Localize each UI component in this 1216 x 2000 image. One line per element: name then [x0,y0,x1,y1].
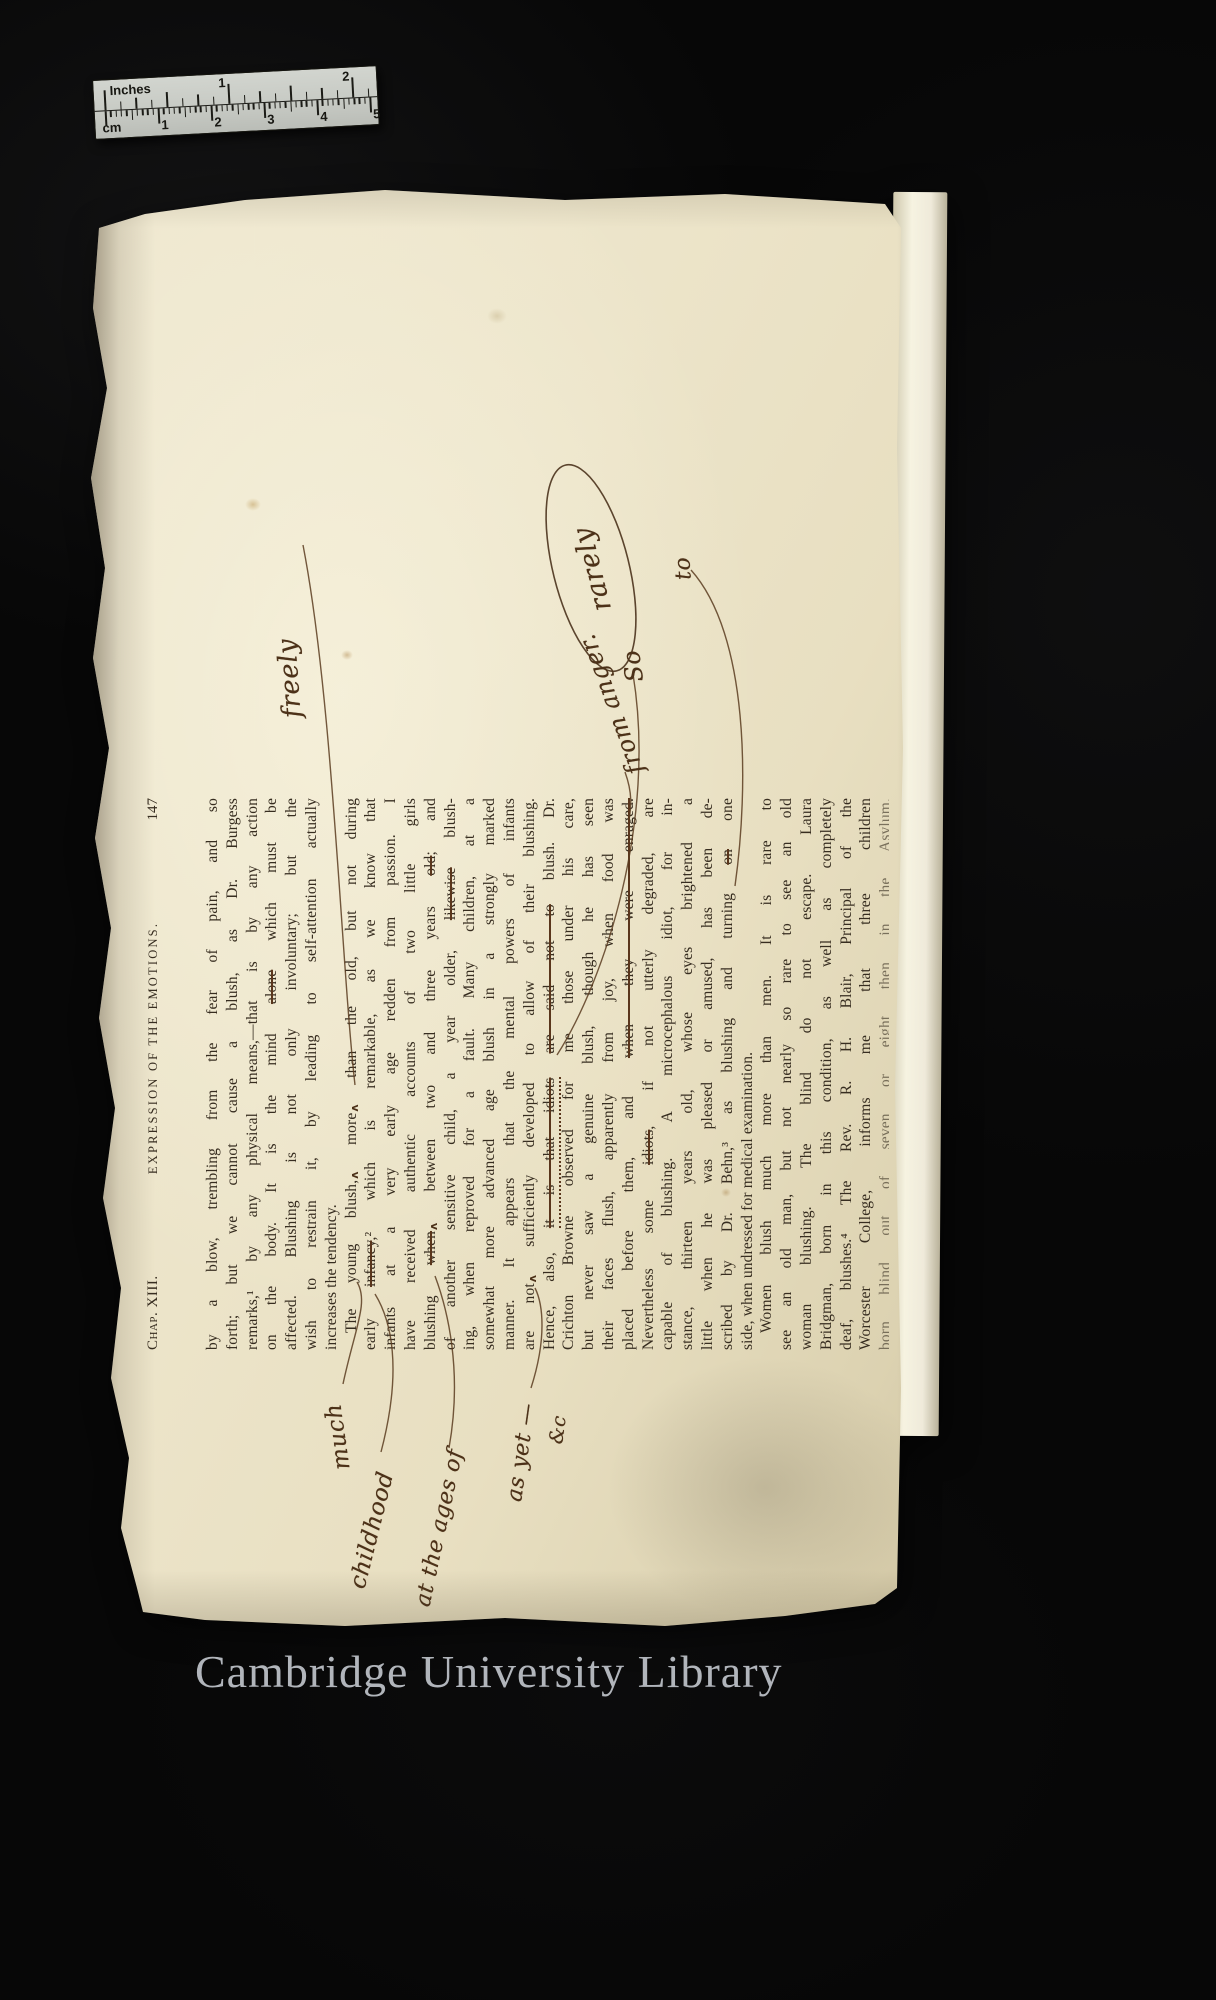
print-text: increases the tendency. [323,1204,340,1350]
print-text: have received authentic accounts of two … [402,798,419,1350]
proof-sheet: Chap. XIII. EXPRESSION OF THE EMOTIONS. … [85,188,943,1630]
cm-tick [332,99,334,105]
print-text [541,1054,558,1078]
cm-number: 2 [214,114,222,129]
print-text: little when he was pleased or amused, ha… [699,798,716,1350]
struck-text: when [422,1231,439,1265]
text-line: wish to restrain it, by leading to self-… [302,798,322,1350]
cm-tick [263,103,265,118]
cm-tick [189,107,191,113]
cm-tick [364,98,366,104]
print-text: Bridgman, born in this condition, as wel… [818,798,835,1350]
cm-tick [226,105,228,111]
cm-tick [168,108,170,114]
cm-tick [353,98,355,104]
text-line: of another sensitive child, a year older… [441,798,461,1350]
print-text: Hence, also, [541,1228,558,1350]
print-text: forth; but we cannot cause a blush, as D… [224,798,241,1350]
inch-tick [227,84,230,104]
note-freely: freely [272,638,307,719]
text-line: increases the tendency. [322,798,342,1350]
page-content-rotated: Chap. XIII. EXPRESSION OF THE EMOTIONS. … [85,188,933,1620]
print-text: Worcester College, informs me that three… [857,798,874,1350]
photo-stage: Inches 12 cm 12345 Chap. XIII. EXPRESSIO… [0,0,1216,2000]
cm-tick [348,99,350,105]
text-line: capable of blushing. A microcephalous id… [658,798,678,1350]
print-text: early [362,1287,379,1350]
cm-tick [126,110,128,116]
print-text: sufficiently developed to allow of their… [521,798,538,1274]
cm-tick [216,105,218,111]
cm-tick [338,99,340,105]
print-text: Crichton Browne observed for me those un… [560,798,577,1350]
struck-text: are said not to [541,904,558,1053]
cm-tick [316,100,318,115]
running-header: Chap. XIII. EXPRESSION OF THE EMOTIONS. … [145,798,162,1350]
text-line: affected. Blushing is not only involunta… [282,798,302,1350]
print-text: more [343,1113,360,1171]
inch-tick [166,92,168,107]
text-line: on the body. It is the mind alone which … [262,798,282,1350]
text-line: have received authentic accounts of two … [401,798,421,1350]
inch-number: 2 [342,69,350,84]
cm-tick [274,102,276,108]
print-text: scribed by Dr. Behn,³ as blushing and tu… [719,865,736,1350]
cm-tick [369,97,371,112]
text-line: infants at a very early age redden from … [381,798,401,1350]
inch-tick [182,98,184,106]
print-text: their faces flush, apparently from joy, … [600,798,617,1350]
print-text: deaf, blushes.⁴ The Rev. R. H. Blair, Pr… [838,798,855,1350]
print-text: remarks,¹ by any physical means,—that is… [244,798,261,1350]
struck-text: likewise [442,867,459,920]
note-etc: &c [545,1414,571,1446]
cm-tick [343,99,345,109]
page-number: 147 [145,798,162,821]
text-line: but never saw a genuine blush, though he… [579,798,599,1350]
text-line: The young blush,ʌ moreʌ than the old, bu… [342,798,362,1350]
struck-text: on [719,849,736,865]
struck-stet-text: it is that idiots [541,1078,561,1229]
print-text: which must be [263,798,280,970]
inch-tick [104,90,107,110]
print-text: on the body. It is the mind [263,1004,280,1350]
chapter-label: Chap. XIII. [145,1275,162,1350]
running-title: EXPRESSION OF THE EMOTIONS. [146,922,161,1174]
cm-tick [269,103,271,109]
cm-tick [179,107,181,113]
print-text: between two and three years [422,876,439,1222]
note-so: So [617,648,649,684]
text-line: deaf, blushes.⁴ The Rev. R. H. Blair, Pr… [837,798,857,1350]
print-text: side, when undressed for medical examina… [739,1052,756,1350]
printed-text-block: by a blow, trembling from the fear of pa… [203,798,889,1350]
cm-tick [322,100,324,106]
inch-tick [305,92,307,100]
text-line: remarks,¹ by any physical means,—that is… [243,798,263,1350]
text-line: Women blush much more than men. It is ra… [757,798,777,1350]
cm-tick [327,100,329,106]
print-text: ing, when reproved for a fault. Many chi… [461,798,478,1350]
cm-tick [142,109,144,115]
cm-tick [221,105,223,111]
cm-number: 4 [320,109,328,124]
print-text: ; and [422,798,439,856]
text-line: Crichton Browne observed for me those un… [559,798,579,1350]
text-line: Worcester College, informs me that three… [856,798,876,1350]
text-line: somewhat more advanced age blush in a st… [480,798,500,1350]
cm-tick [184,107,186,117]
inch-tick [274,93,276,101]
cm-tick [163,108,165,114]
cm-tick [290,102,292,112]
insertion-caret: ʌ [348,1171,361,1178]
inch-tick [259,91,261,102]
cm-tick [105,111,107,126]
cm-tick [253,104,255,110]
cm-tick [136,110,138,116]
note-rarely: rarely [567,524,618,614]
cm-tick [205,106,207,112]
print-text: than the old, but not during [343,798,360,1103]
text-line: ing, when reproved for a fault. Many chi… [460,798,480,1350]
print-text: ,² which is remarkable, as we know that [362,798,379,1240]
cm-tick [237,104,239,114]
text-line: Hence, also, it is that idiots are said … [540,798,560,1350]
print-text: but never saw a genuine blush, though he… [580,798,597,1350]
insertion-caret: ʌ [427,1223,440,1230]
struck-text: infancy [362,1240,379,1287]
cm-tick [279,102,281,108]
print-text: infants at a very early age redden from … [382,798,399,1350]
print-text: The young blush, [343,1180,360,1333]
note-as-yet: as yet — [502,1401,541,1503]
inch-tick [367,89,369,97]
inch-tick [351,77,354,97]
print-text: somewhat more advanced age blush in a st… [481,798,498,1350]
text-line: blushing whenʌ between two and three yea… [421,798,441,1350]
library-watermark: Cambridge University Library [195,1645,783,1698]
cm-number: 3 [267,112,275,127]
cm-tick [306,101,308,107]
insertion-caret: ʌ [348,1104,361,1111]
inch-tick [135,98,137,109]
ruler-inches-label: Inches [109,81,151,98]
cm-tick [158,109,160,124]
text-line: placed before them, and when they were e… [619,798,639,1350]
print-text: blush- [442,798,459,867]
text-line: Bridgman, born in this condition, as wel… [817,798,837,1350]
cm-tick [110,111,112,117]
text-line: Nevertheless some idiots, if not utterly… [639,798,659,1350]
note-childhood: childhood [345,1469,399,1591]
insertion-caret: ʌ [526,1275,539,1282]
text-line: their faces flush, apparently from joy, … [599,798,619,1350]
print-text: placed before them, and [620,1058,637,1350]
cm-number: 1 [161,117,169,132]
cm-tick [131,110,133,120]
cm-tick [121,110,123,116]
print-text: affected. Blushing is not only involunta… [283,798,300,1350]
print-text: one [719,798,736,849]
cm-tick [232,105,234,111]
text-line: manner. It appears that the mental power… [500,798,520,1350]
text-line: forth; but we cannot cause a blush, as D… [223,798,243,1350]
print-text: capable of blushing. A microcephalous id… [659,798,676,1350]
inch-tick [336,90,338,98]
text-line: born blind out of seven or eight then in… [876,798,889,1350]
note-at-the-ages-of: at the ages of [411,1447,469,1609]
print-text: blushing [422,1265,439,1350]
cm-tick [248,104,250,110]
text-line: woman blushing. The blind do not escape.… [797,798,817,1350]
scale-ruler: Inches 12 cm 12345 [92,65,380,140]
print-text: wish to restrain it, by leading to self-… [303,798,320,1350]
note-much: much [320,1402,355,1472]
inch-tick [243,95,245,103]
print-text: by a blow, trembling from the fear of pa… [204,798,221,1350]
text-line: are notʌ sufficiently developed to allow… [520,798,540,1350]
print-text: woman blushing. The blind do not escape.… [798,798,815,1350]
cm-tick [258,103,260,109]
cm-tick [285,102,287,108]
proof-sheet-wrap: Chap. XIII. EXPRESSION OF THE EMOTIONS. … [85,188,943,1630]
cm-tick [359,98,361,104]
text-line: by a blow, trembling from the fear of pa… [203,798,223,1350]
print-text: see an old man, but not nearly so rare t… [778,798,795,1350]
struck-text: alone [263,970,280,1004]
text-line: stance, thirteen years old, whose eyes b… [678,798,698,1350]
inch-tick [290,86,292,101]
print-text: are not [521,1283,538,1350]
print-text: Women blush much more than men. It is ra… [758,798,775,1333]
print-text: manner. It appears that the mental power… [501,798,518,1350]
cm-tick [173,108,175,114]
inch-tick [151,100,153,108]
struck-text: when they were enraged. [620,798,637,1058]
print-text: Nevertheless some [640,1165,657,1350]
cm-tick [300,101,302,107]
inch-number: 1 [218,75,226,90]
print-text: , if not utterly degraded, are [640,798,657,1130]
text-line: early infancy,² which is remarkable, as … [361,798,381,1350]
cm-tick [311,100,313,106]
cm-tick [195,107,197,113]
inch-tick [321,88,323,99]
inch-tick [120,102,122,110]
struck-text: old [422,856,439,876]
print-text: born blind out of seven or eight then in… [877,798,889,1350]
inch-tick [197,94,199,105]
text-line: side, when undressed for medical examina… [738,798,758,1350]
struck-text: idiots [640,1130,657,1165]
cm-tick [147,109,149,115]
cm-tick [115,111,117,117]
print-text: blush. Dr. [541,798,558,904]
note-to: to [670,556,697,581]
print-text: of another sensitive child, a year older… [442,920,459,1350]
text-line: see an old man, but not nearly so rare t… [777,798,797,1350]
cm-tick [211,106,213,121]
text-line: scribed by Dr. Behn,³ as blushing and tu… [718,798,738,1350]
text-line: little when he was pleased or amused, ha… [698,798,718,1350]
cm-tick [295,101,297,107]
print-text: stance, thirteen years old, whose eyes b… [679,798,696,1350]
cm-tick [242,104,244,110]
cm-tick [152,109,154,115]
cm-number: 5 [373,106,381,121]
cm-tick [200,106,202,112]
inch-tick [213,97,215,105]
